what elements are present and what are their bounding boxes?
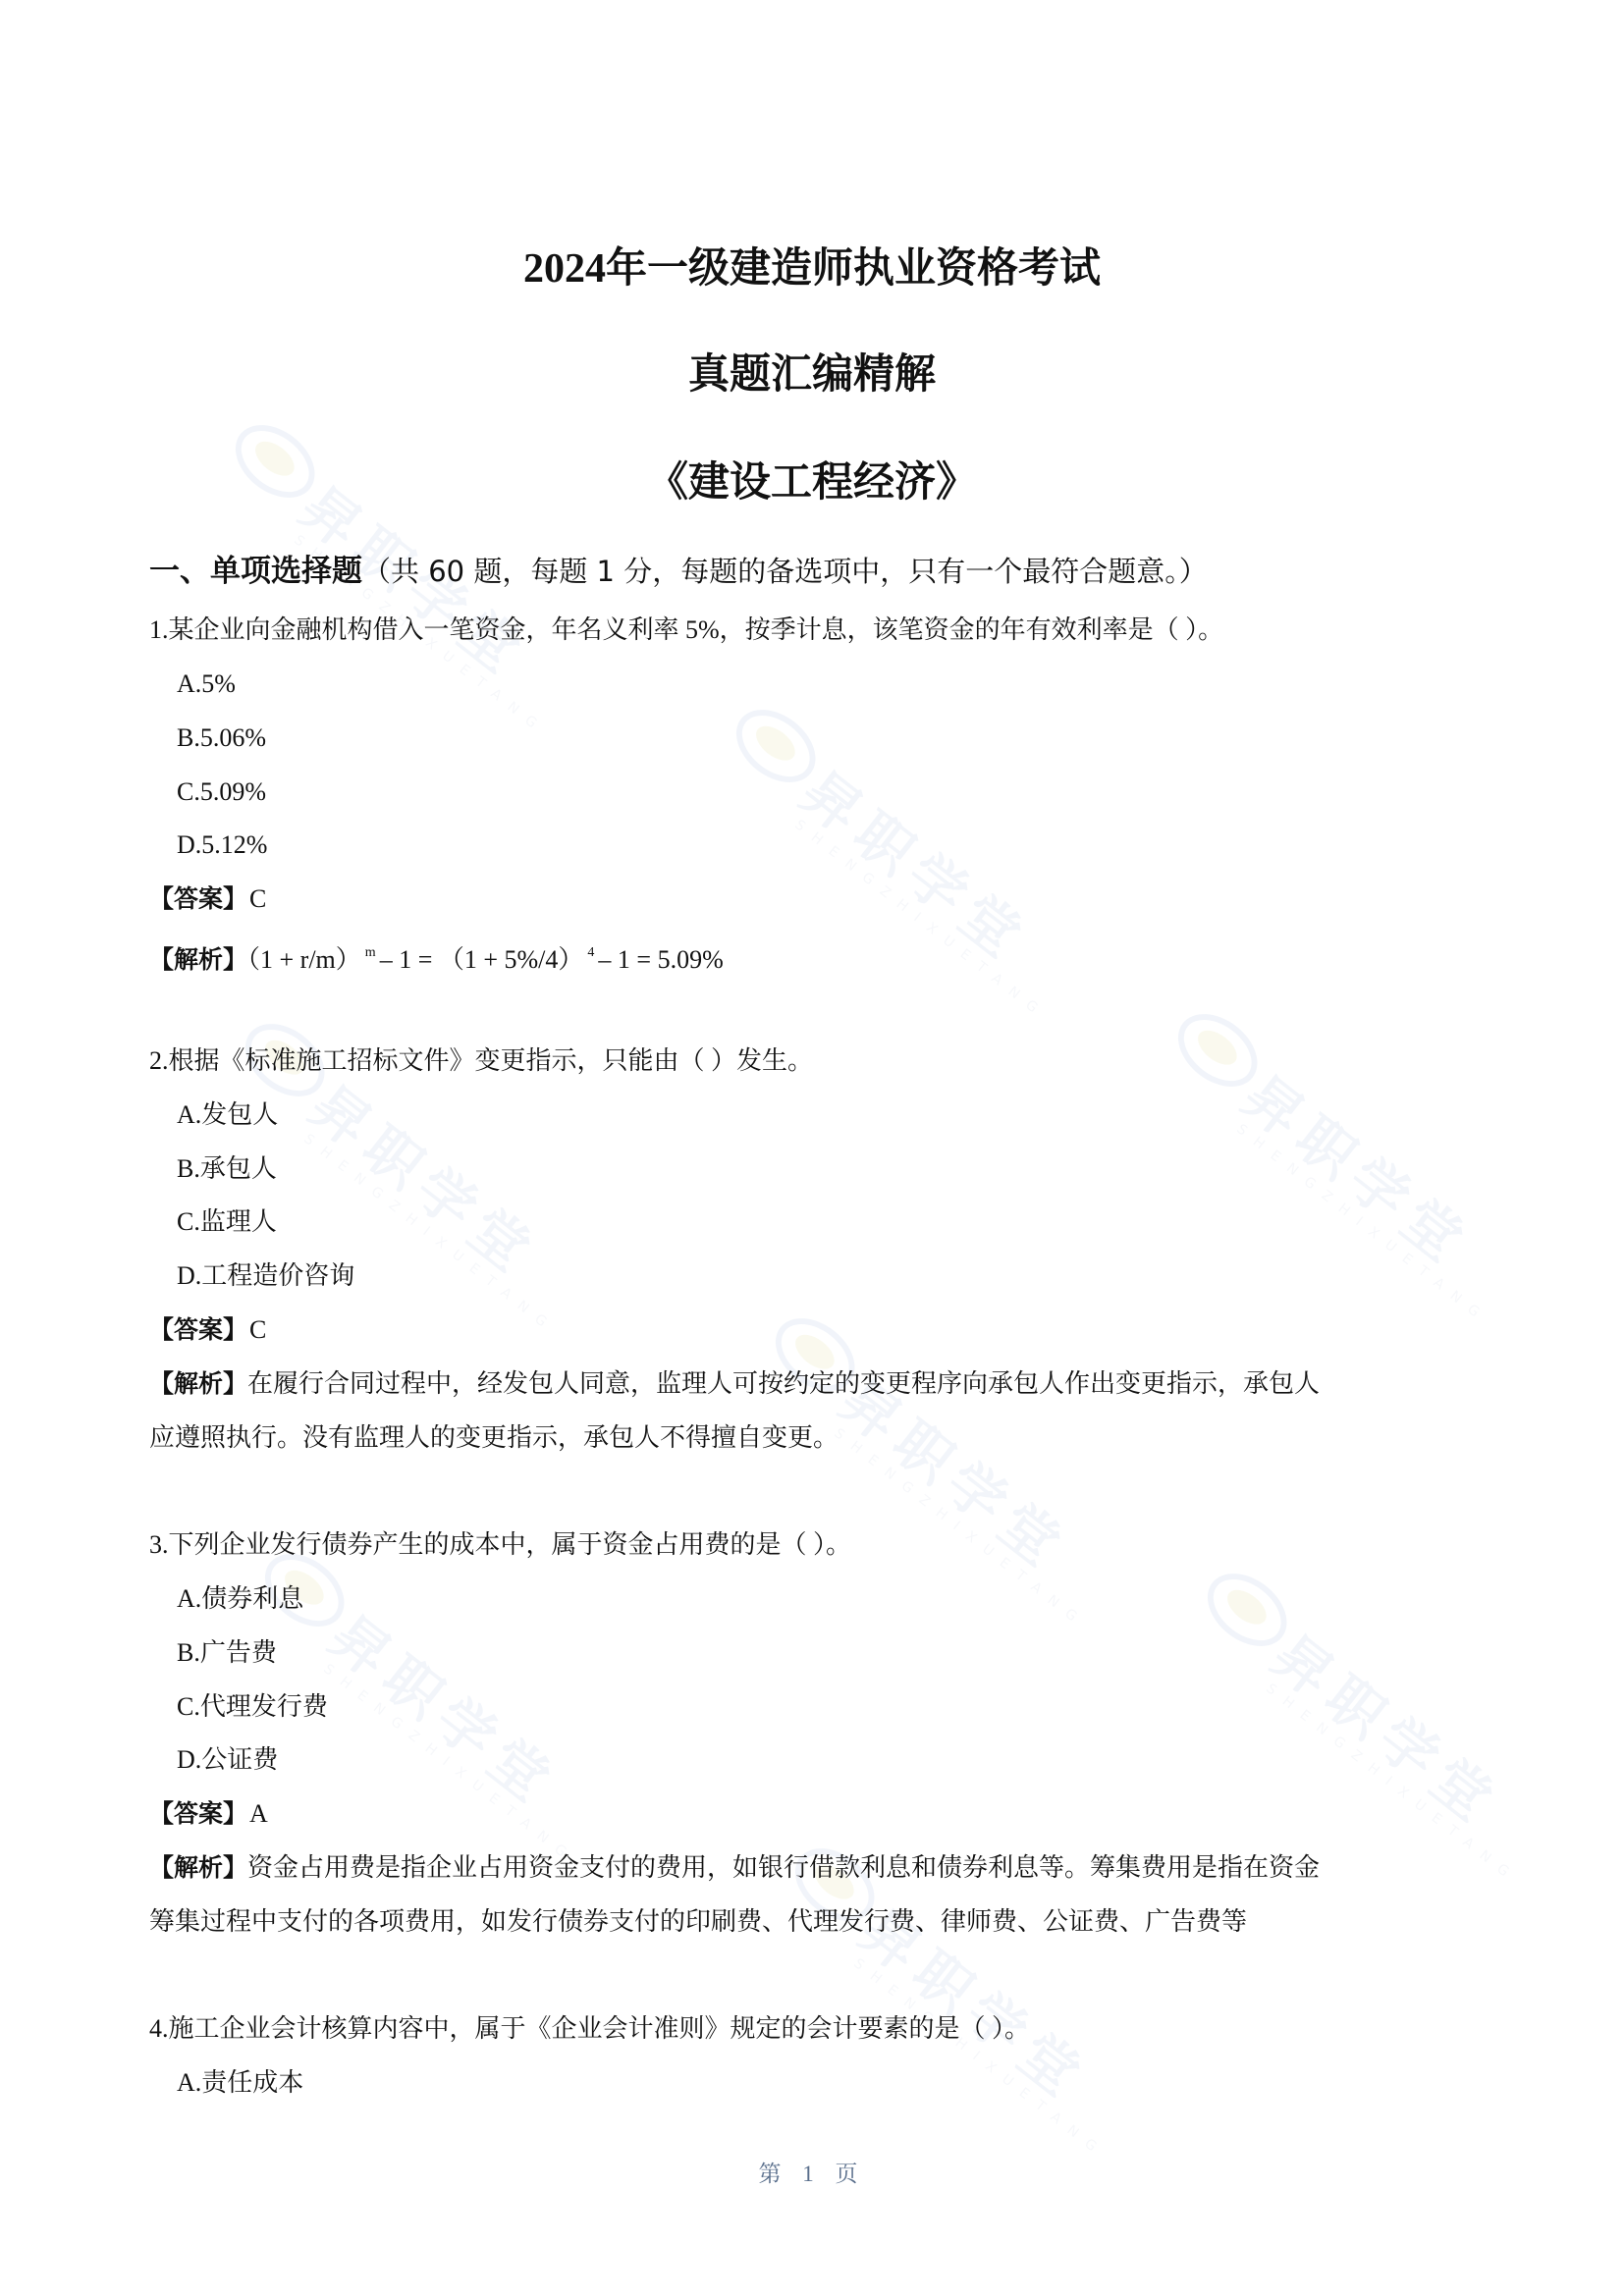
- section-number: 一、: [149, 554, 210, 589]
- section-note: （共 60 题，每题 1 分，每题的备选项中，只有一个最符合题意。）: [362, 555, 1208, 588]
- answer-label: 【答案】: [149, 1799, 247, 1828]
- watermark-logo-icon: [1194, 1559, 1301, 1661]
- answer-label: 【答案】: [149, 1315, 247, 1344]
- question-option: B.广告费: [177, 1636, 277, 1670]
- subject-title: 《建设工程经济》: [0, 450, 1624, 508]
- analysis-text: 在履行合同过程中，经发包人同意，监理人可按约定的变更程序向承包人作出变更指示，承…: [247, 1369, 1320, 1398]
- analysis-text: 应遵照执行。没有监理人的变更指示，承包人不得擅自变更。: [149, 1421, 839, 1455]
- question-option: B.5.06%: [177, 721, 266, 755]
- watermark-logo-icon: [723, 695, 830, 797]
- question-option: A.责任成本: [177, 2066, 303, 2100]
- question-option: C.代理发行费: [177, 1690, 328, 1724]
- question-option: D.5.12%: [177, 828, 267, 862]
- watermark: 昇职学堂 SHENGZHIXUETANG: [222, 1531, 573, 1842]
- section-heading: 一、单项选择题（共 60 题，每题 1 分，每题的备选项中，只有一个最符合题意。…: [149, 546, 1208, 590]
- question-option: A.债券利息: [177, 1582, 303, 1616]
- analysis-line: 【解析】在履行合同过程中，经发包人同意，监理人可按约定的变更程序向承包人作出变更…: [149, 1367, 1320, 1401]
- question-option: B.承包人: [177, 1152, 277, 1186]
- page-number: 第 1 页: [0, 2156, 1624, 2188]
- section-name: 单项选择题: [210, 554, 362, 589]
- document-title: 2024年一级建造师执业资格考试: [0, 236, 1624, 294]
- question-option: D.工程造价咨询: [177, 1259, 354, 1293]
- analysis-line: 【解析】（1 + r/m）m– 1 = （1 + 5%/4）4– 1 = 5.0…: [149, 936, 724, 977]
- answer-line: 【答案】C: [149, 1313, 266, 1347]
- question-stem: 2.根据《标准施工招标文件》变更指示，只能由（ ）发生。: [149, 1044, 813, 1078]
- analysis-label: 【解析】: [149, 1853, 247, 1882]
- document-page: 昇职学堂 SHENGZHIXUETANG 昇职学堂 SHENGZHIXUETAN…: [0, 0, 1624, 2296]
- answer-line: 【答案】C: [149, 882, 266, 916]
- analysis-label: 【解析】: [149, 1369, 247, 1398]
- watermark-logo-icon: [1164, 999, 1272, 1101]
- question-stem: 4.施工企业会计核算内容中，属于《企业会计准则》规定的会计要素的是（ ）。: [149, 2012, 1030, 2046]
- watermark: 昇职学堂 SHENGZHIXUETANG: [1135, 991, 1487, 1302]
- question-option: C.监理人: [177, 1205, 277, 1239]
- watermark: 昇职学堂 SHENGZHIXUETANG: [693, 687, 1045, 997]
- answer-value: A: [249, 1799, 268, 1828]
- watermark: 昇职学堂 SHENGZHIXUETANG: [1164, 1551, 1516, 1861]
- analysis-line: 【解析】资金占用费是指企业占用资金支付的费用，如银行借款利息和债券利息等。筹集费…: [149, 1851, 1320, 1885]
- analysis-text: 资金占用费是指企业占用资金支付的费用，如银行借款利息和债券利息等。筹集费用是指在…: [247, 1853, 1320, 1882]
- formula-part: – 1 = （1 + 5%/4）: [380, 945, 584, 974]
- analysis-text: 筹集过程中支付的各项费用，如发行债券支付的印刷费、代理发行费、律师费、公证费、广…: [149, 1905, 1247, 1939]
- question-stem: 3.下列企业发行债券产生的成本中，属于资金占用费的是（ ）。: [149, 1528, 851, 1562]
- formula-exponent: m: [365, 945, 376, 960]
- formula-part: – 1 = 5.09%: [598, 945, 723, 974]
- question-stem: 1.某企业向金融机构借入一笔资金，年名义利率 5%，按季计息，该笔资金的年有效利…: [149, 614, 1223, 647]
- document-subtitle: 真题汇编精解: [0, 342, 1624, 400]
- formula-exponent: 4: [587, 945, 594, 960]
- question-option: A.5%: [177, 667, 236, 701]
- analysis-label: 【解析】: [149, 945, 247, 974]
- answer-line: 【答案】A: [149, 1797, 268, 1831]
- formula-part: （1 + r/m）: [247, 945, 361, 974]
- question-option: C.5.09%: [177, 775, 266, 809]
- answer-label: 【答案】: [149, 884, 247, 913]
- question-option: D.公证费: [177, 1743, 278, 1777]
- answer-value: C: [249, 884, 266, 913]
- answer-value: C: [249, 1315, 266, 1344]
- question-option: A.发包人: [177, 1098, 278, 1132]
